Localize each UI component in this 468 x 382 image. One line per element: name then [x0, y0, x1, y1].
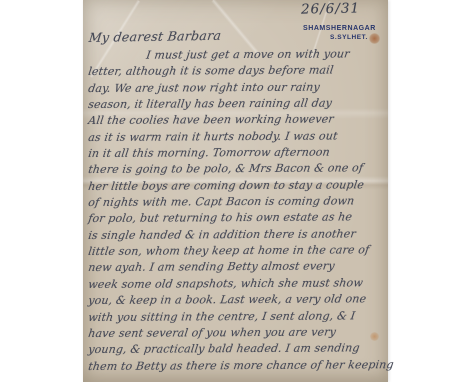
letter-line: with you sitting in the centre, I sent a…: [87, 309, 389, 327]
letter-line: new ayah. I am sending Betty almost ever…: [87, 260, 389, 278]
letter-line: week some old snapshots, which she must …: [87, 276, 389, 294]
letter-line: is single handed & in addition there is …: [87, 227, 389, 245]
letterhead-estate-name: Shamshernagar: [303, 25, 376, 32]
letterhead-district: S.Sylhet.: [303, 33, 376, 42]
letter-line: day. We are just now right into our rain…: [87, 80, 389, 98]
letter-line: her little boys are coming down to stay …: [87, 178, 389, 196]
letter-line: them to Betty as there is more chance of…: [87, 358, 389, 376]
letter-line: All the coolies have been working howeve…: [87, 113, 389, 131]
letter-line: young, & practically bald headed. I am s…: [87, 341, 389, 359]
letter-line: you, & keep in a book. Last week, a very…: [87, 292, 389, 310]
letter-line: letter, although it is some days before …: [87, 63, 389, 81]
letter-date: 26/6/31: [301, 0, 360, 17]
scanned-letter-scene: 26/6/31 Shamshernagar S.Sylhet. My deare…: [0, 0, 468, 382]
letter-line: as it is warm rain it hurts nobody. I wa…: [87, 129, 389, 147]
letter-body: I must just get a move on with your lett…: [87, 49, 387, 376]
letterhead: Shamshernagar S.Sylhet.: [303, 24, 376, 42]
letter-paper: 26/6/31 Shamshernagar S.Sylhet. My deare…: [83, 0, 388, 382]
letter-salutation: My dearest Barbara: [88, 28, 222, 45]
letter-line: there is going to be polo, & Mrs Bacon &…: [87, 162, 389, 180]
letter-line: for polo, but returning to his own estat…: [87, 211, 389, 229]
